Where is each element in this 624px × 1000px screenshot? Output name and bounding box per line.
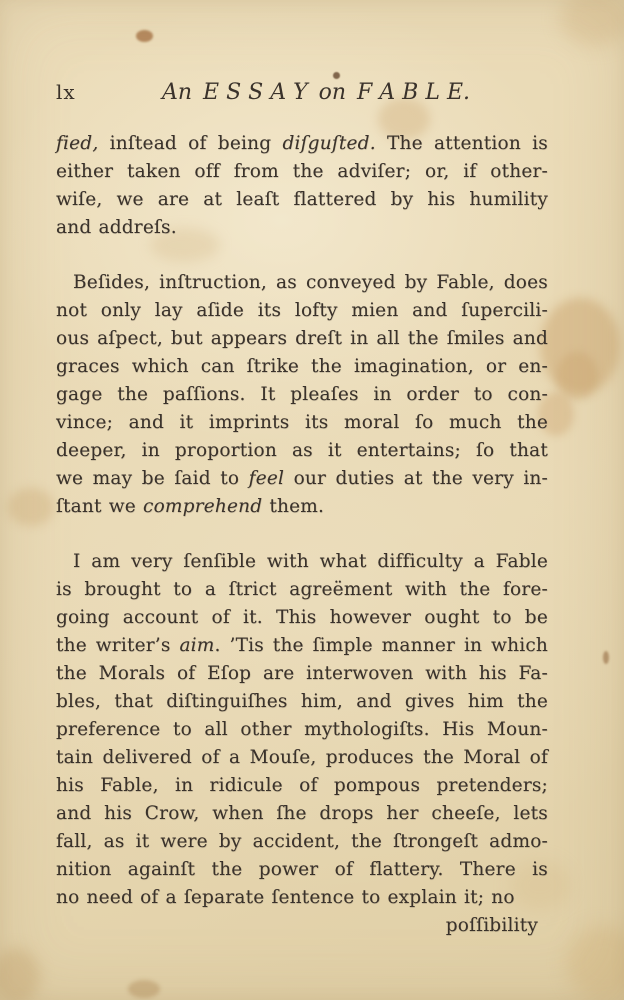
text-line: preference to all other mythologiſts. Hi… xyxy=(56,716,548,744)
text-run: . ’Tis the ſimple manner in which xyxy=(215,635,548,656)
text-run: Beſides, inſtruction, as conveyed by Fab… xyxy=(73,272,548,293)
text-run: preference to all other mythologiſts. Hi… xyxy=(56,719,548,740)
text-run: The attention is xyxy=(376,133,548,154)
italic-text-run: fied, xyxy=(56,133,98,154)
paper-stain xyxy=(560,0,624,46)
paper-stain xyxy=(0,948,40,1000)
text-run: going account of it. This however ought … xyxy=(56,607,548,628)
text-run: them. xyxy=(262,496,324,517)
text-line: Beſides, inſtruction, as conveyed by Fab… xyxy=(56,269,548,297)
text-line: no need of a ſeparate ſentence to explai… xyxy=(56,884,548,912)
ink-speck xyxy=(603,651,609,664)
italic-text-run: diſguſted. xyxy=(282,133,375,154)
paper-stain xyxy=(566,926,624,1000)
text-run: bles, that diſtinguiſhes him, and gives … xyxy=(56,691,548,712)
text-line: gage the paſſions. It pleaſes in order t… xyxy=(56,381,548,409)
italic-text-run: feel xyxy=(249,468,284,489)
catchword: poſſibility xyxy=(56,912,548,940)
running-title-on: on xyxy=(319,80,346,105)
text-run: is brought to a ſtrict agreëment with th… xyxy=(56,579,548,600)
text-block: fied, inſtead of being diſguſted. The at… xyxy=(56,130,548,940)
text-run: gage the paſſions. It pleaſes in order t… xyxy=(56,384,548,405)
running-title-essay: E S S A Y xyxy=(203,80,308,105)
text-line: tain delivered of a Mouſe, produces the … xyxy=(56,744,548,772)
text-run: no need of a ſeparate ſentence to explai… xyxy=(56,887,515,908)
text-line: his Fable, in ridicule of pompous preten… xyxy=(56,772,548,800)
text-line: wiſe, we are at leaſt flattered by his h… xyxy=(56,186,548,214)
text-run: graces which can ſtrike the imagination,… xyxy=(56,356,548,377)
text-run: nition againſt the power of flattery. Th… xyxy=(56,859,548,880)
ink-speck xyxy=(333,72,340,79)
text-run: his Fable, in ridicule of pompous preten… xyxy=(56,775,548,796)
text-run: ous aſpect, but appears dreſt in all the… xyxy=(56,328,548,349)
text-line: I am very ſenſible with what difficulty … xyxy=(56,548,548,576)
text-line: not only lay aſide its lofty mien and ſu… xyxy=(56,297,548,325)
text-run: fall, as it were by accident, the ſtrong… xyxy=(56,831,548,852)
text-line: ſtant we comprehend them. xyxy=(56,493,548,521)
text-run: and his Crow, when ſhe drops her cheeſe,… xyxy=(56,803,548,824)
italic-text-run: aim xyxy=(179,635,214,656)
text-run: the writer’s xyxy=(56,635,179,656)
text-line: the writer’s aim. ’Tis the ſimple manner… xyxy=(56,632,548,660)
paper-stain xyxy=(8,488,54,526)
text-line: is brought to a ſtrict agreëment with th… xyxy=(56,576,548,604)
text-line: and his Crow, when ſhe drops her cheeſe,… xyxy=(56,800,548,828)
paragraph: Beſides, inſtruction, as conveyed by Fab… xyxy=(56,269,548,521)
text-run: our duties at the very in- xyxy=(284,468,548,489)
running-title: AnE S S A YonF A B L E. xyxy=(120,80,548,105)
paper-stain xyxy=(128,980,160,998)
italic-text-run: comprehend xyxy=(143,496,262,517)
scanned-book-page: lx AnE S S A YonF A B L E. fied, inſtead… xyxy=(0,0,624,1000)
text-line: bles, that diſtinguiſhes him, and gives … xyxy=(56,688,548,716)
text-line: the Morals of Eſop are interwoven with h… xyxy=(56,660,548,688)
text-run: I am very ſenſible with what difficulty … xyxy=(73,551,548,572)
running-title-an: An xyxy=(162,80,192,105)
text-line: and addreſs. xyxy=(56,214,548,242)
paragraph: I am very ſenſible with what difficulty … xyxy=(56,548,548,912)
text-run: inſtead of being xyxy=(98,133,282,154)
page-header: lx AnE S S A YonF A B L E. xyxy=(56,80,548,105)
text-line: ous aſpect, but appears dreſt in all the… xyxy=(56,325,548,353)
text-line: deeper, in proportion as it entertains; … xyxy=(56,437,548,465)
paragraph: fied, inſtead of being diſguſted. The at… xyxy=(56,130,548,242)
text-line: fied, inſtead of being diſguſted. The at… xyxy=(56,130,548,158)
text-line: fall, as it were by accident, the ſtrong… xyxy=(56,828,548,856)
text-run: we may be ſaid to xyxy=(56,468,249,489)
page-number: lx xyxy=(56,80,120,104)
text-run: ſtant we xyxy=(56,496,143,517)
text-line: nition againſt the power of flattery. Th… xyxy=(56,856,548,884)
paper-stain xyxy=(556,352,598,400)
running-title-fable: F A B L E. xyxy=(357,80,470,105)
text-line: either taken off from the adviſer; or, i… xyxy=(56,158,548,186)
text-line: we may be ſaid to feel our duties at the… xyxy=(56,465,548,493)
text-run: wiſe, we are at leaſt flattered by his h… xyxy=(56,189,548,210)
text-run: tain delivered of a Mouſe, produces the … xyxy=(56,747,548,768)
text-run: deeper, in proportion as it entertains; … xyxy=(56,440,548,461)
paper-stain xyxy=(540,298,620,394)
text-line: going account of it. This however ought … xyxy=(56,604,548,632)
paper-stain xyxy=(136,30,153,42)
text-run: the Morals of Eſop are interwoven with h… xyxy=(56,663,548,684)
text-line: graces which can ſtrike the imagination,… xyxy=(56,353,548,381)
text-run: and addreſs. xyxy=(56,217,177,238)
text-run: either taken off from the adviſer; or, i… xyxy=(56,161,548,182)
text-run: vince; and it imprints its moral ſo much… xyxy=(56,412,548,433)
text-line: vince; and it imprints its moral ſo much… xyxy=(56,409,548,437)
text-run: not only lay aſide its lofty mien and ſu… xyxy=(56,300,548,321)
